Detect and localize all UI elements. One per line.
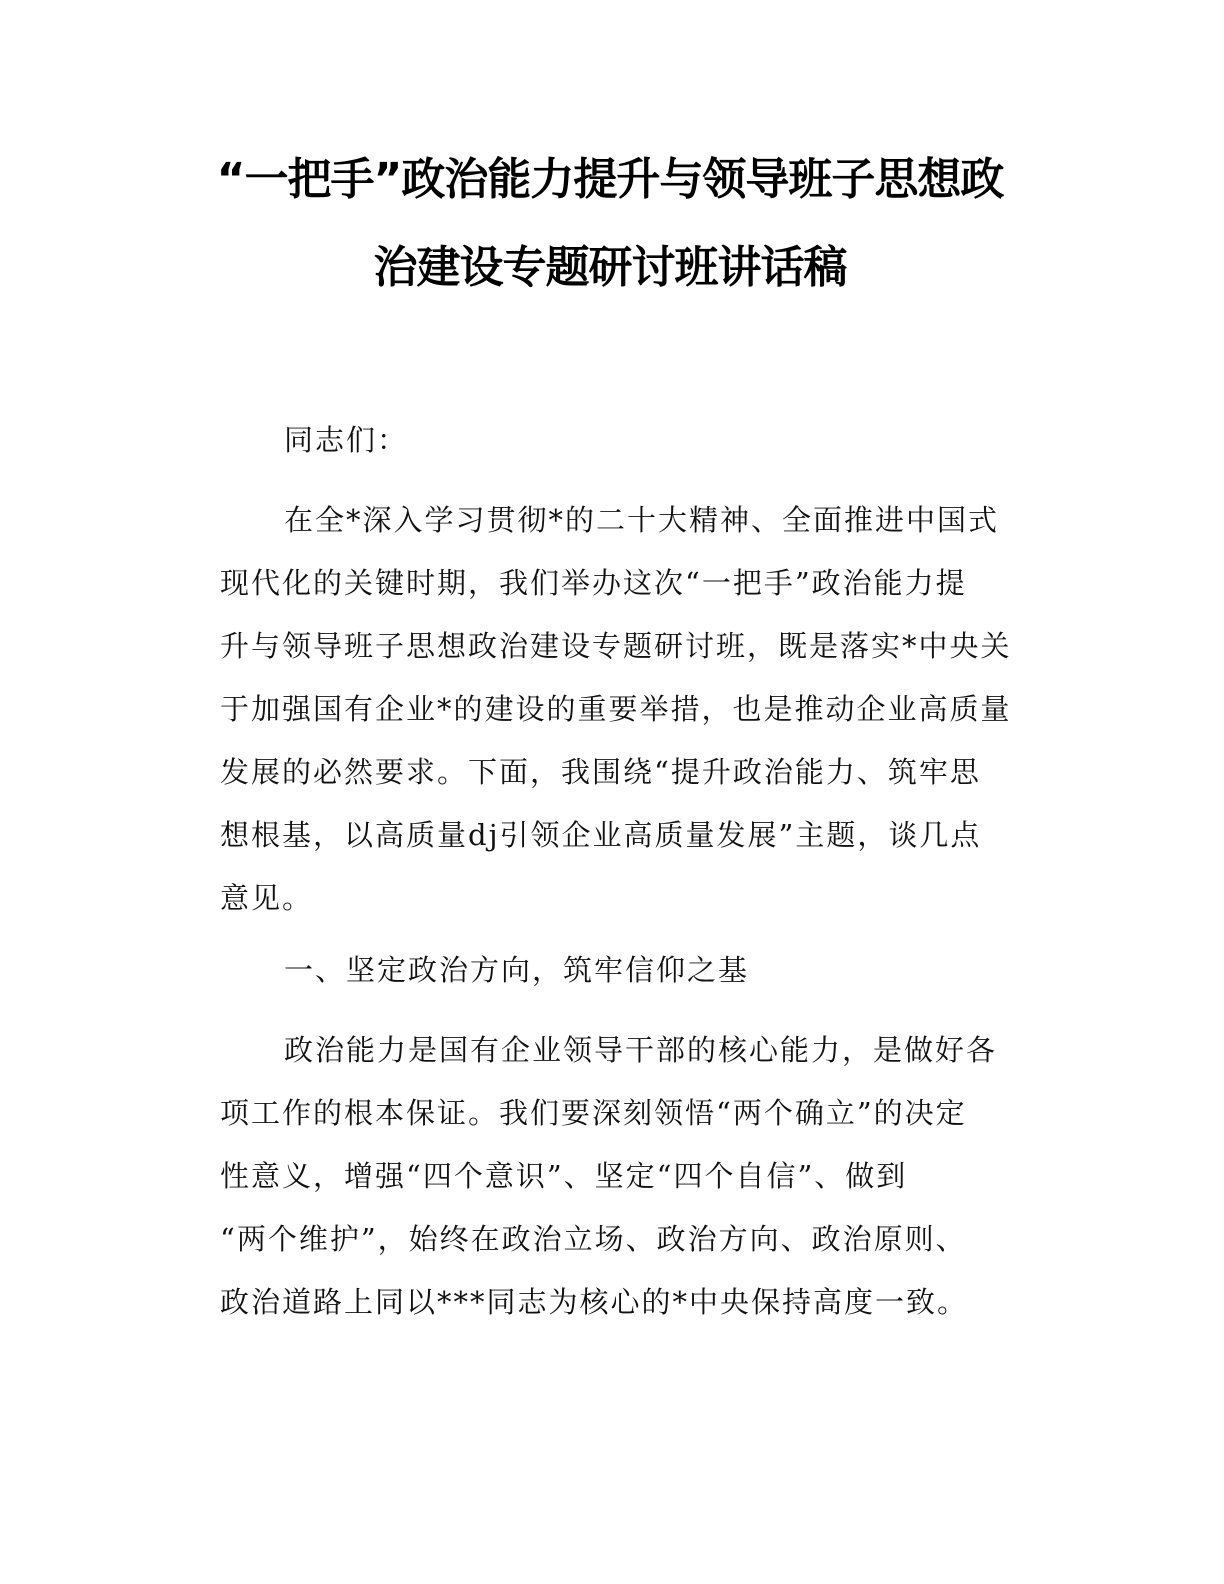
section-heading-block: 一、坚定政治方向，筑牢信仰之基: [220, 939, 1028, 1002]
title-line-2: 治建设专题研讨班讲话稿: [180, 224, 1040, 312]
document-title: “一把手”政治能力提升与领导班子思想政 治建设专题研讨班讲话稿: [180, 136, 1040, 312]
paragraph-line: “两个维护”，始终在政治立场、政治方向、政治原则、: [220, 1208, 1028, 1271]
paragraph-line: 政治道路上同以***同志为核心的*中央保持高度一致。: [220, 1271, 1028, 1334]
paragraph-line: 项工作的根本保证。我们要深刻领悟“两个确立”的决定: [220, 1082, 1028, 1145]
section-heading: 一、坚定政治方向，筑牢信仰之基: [220, 939, 1028, 1002]
intro-paragraph: 在全*深入学习贯彻*的二十大精神、全面推进中国式 现代化的关键时期，我们举办这次…: [220, 489, 1028, 930]
paragraph-line: 意见。: [220, 867, 1028, 930]
paragraph-line: 发展的必然要求。下面，我围绕“提升政治能力、筑牢思: [220, 741, 1028, 804]
paragraph-line: 性意义，增强“四个意识”、坚定“四个自信”、做到: [220, 1145, 1028, 1208]
paragraph-line: 于加强国有企业*的建设的重要举措，也是推动企业高质量: [220, 678, 1028, 741]
paragraph-line: 现代化的关键时期，我们举办这次“一把手”政治能力提: [220, 552, 1028, 615]
paragraph-line: 政治能力是国有企业领导干部的核心能力，是做好各: [220, 1019, 1028, 1082]
paragraph-line: 在全*深入学习贯彻*的二十大精神、全面推进中国式: [220, 489, 1028, 552]
paragraph-line: 想根基，以高质量dj引领企业高质量发展”主题，谈几点: [220, 804, 1028, 867]
section-paragraph: 政治能力是国有企业领导干部的核心能力，是做好各 项工作的根本保证。我们要深刻领悟…: [220, 1019, 1028, 1334]
title-line-1: “一把手”政治能力提升与领导班子思想政: [180, 136, 1040, 224]
document-page: “一把手”政治能力提升与领导班子思想政 治建设专题研讨班讲话稿 同志们： 在全*…: [0, 0, 1224, 1584]
salutation-block: 同志们：: [220, 409, 1028, 472]
salutation: 同志们：: [220, 409, 1028, 472]
paragraph-line: 升与领导班子思想政治建设专题研讨班，既是落实*中央关: [220, 615, 1028, 678]
